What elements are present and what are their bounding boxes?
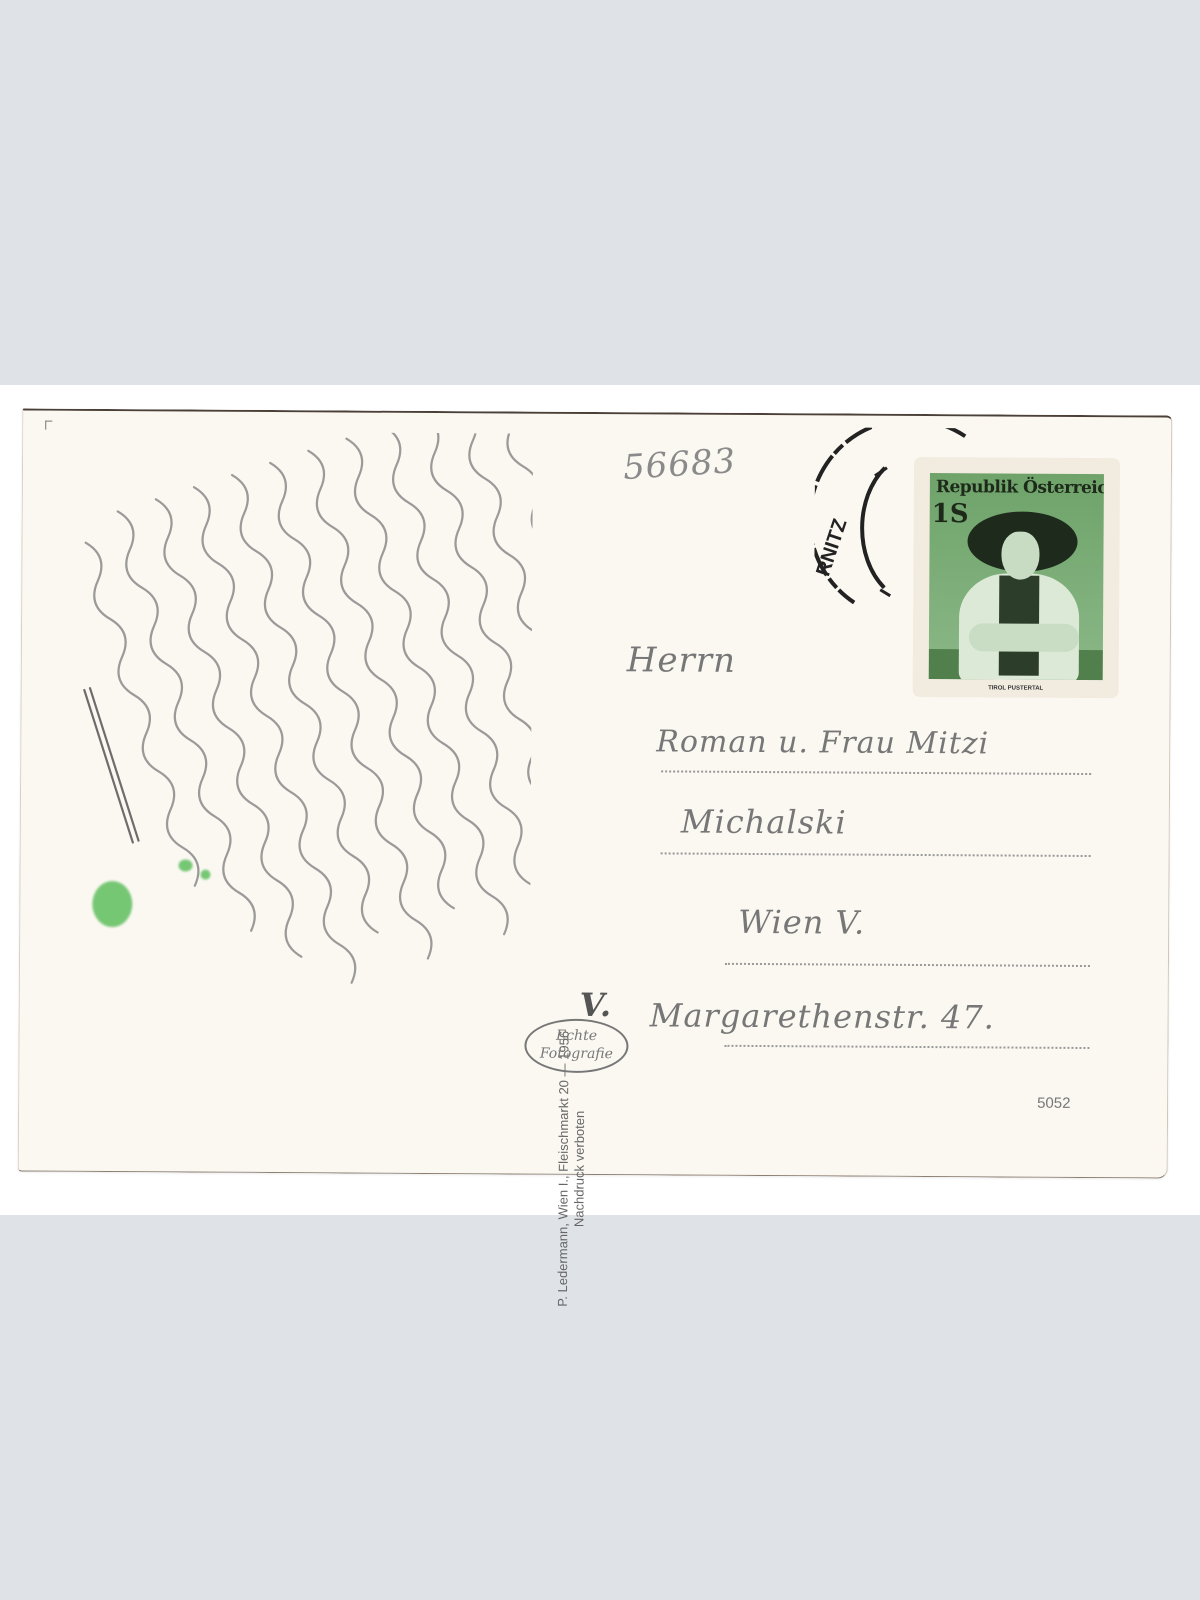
handwriting-strokes bbox=[49, 431, 533, 1154]
address-dotted-line bbox=[725, 963, 1090, 967]
svg-text:RNITZ: RNITZ bbox=[814, 516, 852, 579]
stamp-caption: TIROL PUSTERTAL bbox=[917, 685, 1115, 692]
green-ink-stain bbox=[92, 881, 132, 927]
green-ink-stain bbox=[200, 870, 210, 880]
address-line-1: Roman u. Frau Mitzi bbox=[656, 724, 989, 761]
address-salutation: Herrn bbox=[627, 640, 736, 681]
address-dotted-line bbox=[661, 852, 1091, 857]
handwritten-message bbox=[49, 431, 533, 1154]
echte-fotografie-mark: Echte Fotografie bbox=[524, 1019, 628, 1074]
photo-mark-line2: Fotografie bbox=[526, 1045, 626, 1064]
card-number: 5052 bbox=[1037, 1095, 1070, 1112]
address-line-3: Wien V. bbox=[738, 903, 865, 942]
address-line-4-prefix: V. bbox=[580, 986, 613, 1024]
archive-number: 56683 bbox=[622, 441, 737, 488]
postcard-back: P. Ledermann, Wien I., Fleischmarkt 20 —… bbox=[18, 408, 1173, 1178]
address-dotted-line bbox=[661, 770, 1091, 775]
green-ink-stain bbox=[179, 859, 193, 871]
stamp-value: 1S bbox=[932, 499, 969, 529]
stamp-figure-face bbox=[1001, 531, 1039, 579]
photo-mark-line1: Echte bbox=[526, 1027, 626, 1046]
address-dotted-line bbox=[724, 1045, 1089, 1049]
corner-mark bbox=[45, 421, 52, 430]
stamp-country: Republik Österreich bbox=[936, 477, 1100, 498]
postage-stamp: Republik Österreich 1S TIROL PUSTERTAL bbox=[917, 461, 1116, 694]
address-line-2: Michalski bbox=[681, 803, 847, 842]
address-line-4: Margarethenstr. 47. bbox=[650, 996, 995, 1036]
